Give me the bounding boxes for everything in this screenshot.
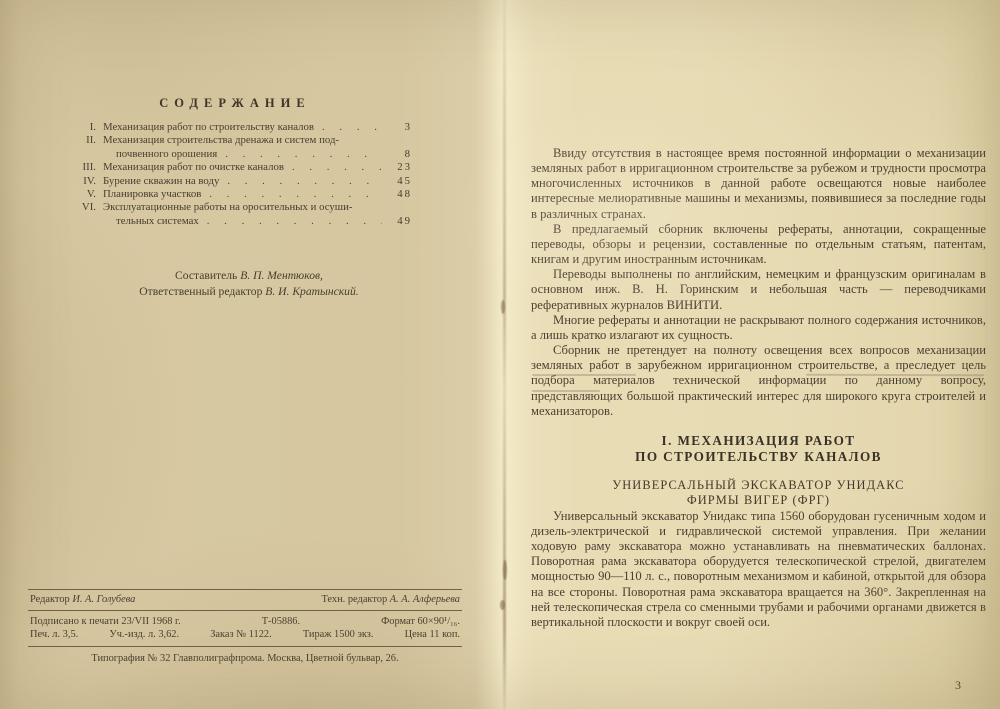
imprint-printed-sheets: Печ. л. 3,5. <box>30 628 78 641</box>
toc-page-number: 45 <box>382 175 412 188</box>
intro-paragraph: Переводы выполнены по английским, немецк… <box>531 267 986 312</box>
intro-paragraph: В предлагаемый сборник включены рефераты… <box>531 222 986 267</box>
section-heading-line1: I. МЕХАНИЗАЦИЯ РАБОТ <box>531 433 986 450</box>
imprint-code: Т-05886. <box>262 615 300 628</box>
responsible-editor-label: Ответственный редактор <box>139 285 262 298</box>
toc-dot-leader: . . . . . . . . . . . . . . . . . . . . … <box>284 161 382 174</box>
imprint-editors-row: Редактор И. А. Голубева Техн. редактор А… <box>28 590 462 610</box>
intro-paragraph: Ввиду отсутствия в настоящее время посто… <box>531 146 986 222</box>
crease-speck <box>500 600 505 610</box>
page-number: 3 <box>938 678 978 693</box>
imprint-price: Цена 11 коп. <box>405 628 460 641</box>
toc-page-number: 8 <box>382 148 412 161</box>
table-of-contents: I. Механизация работ по строительству ка… <box>58 121 412 228</box>
imprint-typography-line: Типография № 32 Главполиграфпрома. Москв… <box>28 647 462 665</box>
imprint-editor: Редактор И. А. Голубева <box>30 594 135 605</box>
toc-dot-leader: . . . . . . . . . . . . . . . . . . . . … <box>217 148 382 161</box>
toc-item-title: тельных системах <box>103 215 199 228</box>
imprint-circulation: Тираж 1500 экз. <box>303 628 374 641</box>
imprint-tech-editor-label: Техн. редактор <box>321 594 387 605</box>
intro-paragraph: Сборник не претендует на полноту освещен… <box>531 343 986 419</box>
article-paragraph: Универсальный экскаватор Унидакс типа 15… <box>531 509 986 630</box>
toc-item-number: III. <box>58 161 103 174</box>
imprint-order-number: Заказ № 1122. <box>210 628 272 641</box>
toc-row: II. Механизация строительства дренажа и … <box>58 134 412 147</box>
toc-page-number: 48 <box>382 188 412 201</box>
compiler-label: Составитель <box>175 269 237 282</box>
toc-row-continuation: почвенного орошения . . . . . . . . . . … <box>58 148 412 161</box>
imprint-format: Формат 60×90¹/₁₆. <box>381 615 460 628</box>
toc-item-title: Механизация работ по строительству канал… <box>103 121 314 134</box>
toc-item-title: Эксплуатационные работы на оросительных … <box>103 201 352 214</box>
toc-item-number: V. <box>58 188 103 201</box>
compiler-name: В. П. Ментюков, <box>240 269 323 282</box>
section-subheading-line2: ФИРМЫ ВИГЕР (ФРГ) <box>531 493 986 509</box>
toc-page-number: 23 <box>382 161 412 174</box>
responsible-editor-name: В. И. Кратынский. <box>265 285 358 298</box>
crease-speck <box>501 300 505 314</box>
toc-item-title: Механизация работ по очистке каналов <box>103 161 284 174</box>
imprint-accounting-sheets: Уч.-изд. л. 3,62. <box>109 628 179 641</box>
toc-title: СОДЕРЖАНИЕ <box>58 96 412 111</box>
toc-item-title: Механизация строительства дренажа и сист… <box>103 134 339 147</box>
toc-item-number: I. <box>58 121 103 134</box>
toc-page-number: 49 <box>382 215 412 228</box>
toc-dot-leader: . . . . . . . . . . . . . . . . . . . . … <box>201 188 382 201</box>
imprint-tech-editor-name: А. А. Алферьева <box>390 594 460 605</box>
imprint-editor-label: Редактор <box>30 594 70 605</box>
binding-crease <box>503 0 506 709</box>
section-heading-line2: ПО СТРОИТЕЛЬСТВУ КАНАЛОВ <box>531 449 986 466</box>
toc-item-title: Бурение скважин на воду <box>103 175 219 188</box>
toc-row-continuation: тельных системах . . . . . . . . . . . .… <box>58 215 412 228</box>
toc-row: III. Механизация работ по очистке канало… <box>58 161 412 174</box>
section-subheading-line1: УНИВЕРСАЛЬНЫЙ ЭКСКАВАТОР УНИДАКС <box>531 478 986 494</box>
toc-page-number: 3 <box>382 121 412 134</box>
toc-dot-leader: . . . . . . . . . . . . . . . . . . . . … <box>219 175 382 188</box>
toc-row: IV. Бурение скважин на воду . . . . . . … <box>58 175 412 188</box>
imprint-block: Редактор И. А. Голубева Техн. редактор А… <box>28 589 462 665</box>
imprint-tech-editor: Техн. редактор А. А. Алферьева <box>321 594 460 605</box>
toc-row: V. Планировка участков . . . . . . . . .… <box>58 188 412 201</box>
toc-dot-leader: . . . . . . . . . . . . . . . . . . . . … <box>199 215 382 228</box>
toc-item-number: IV. <box>58 175 103 188</box>
toc-item-title: почвенного орошения <box>103 148 217 161</box>
toc-row: I. Механизация работ по строительству ка… <box>58 121 412 134</box>
imprint-editor-name: И. А. Голубева <box>72 594 135 605</box>
section-heading: I. МЕХАНИЗАЦИЯ РАБОТ ПО СТРОИТЕЛЬСТВУ КА… <box>531 433 986 466</box>
toc-item-number: VI. <box>58 201 103 214</box>
responsible-editor-line: Ответственный редактор В. И. Кратынский. <box>0 284 498 300</box>
imprint-print-info-row-1: Подписано к печати 23/VII 1968 г. Т-0588… <box>28 611 462 628</box>
imprint-signed-to-print: Подписано к печати 23/VII 1968 г. <box>30 615 181 628</box>
toc-row: VI. Эксплуатационные работы на ороситель… <box>58 201 412 214</box>
imprint-print-info-row-2: Печ. л. 3,5. Уч.-изд. л. 3,62. Заказ № 1… <box>28 628 462 646</box>
right-page-text-column: Ввиду отсутствия в настоящее время посто… <box>531 146 986 630</box>
intro-paragraph: Многие рефераты и аннотации не раскрываю… <box>531 313 986 343</box>
section-subheading: УНИВЕРСАЛЬНЫЙ ЭКСКАВАТОР УНИДАКС ФИРМЫ В… <box>531 478 986 509</box>
compiler-line: Составитель В. П. Ментюков, <box>0 268 498 284</box>
toc-dot-leader: . . . . . . . . . . . . . . . . . . . . … <box>314 121 382 134</box>
toc-item-title: Планировка участков <box>103 188 201 201</box>
credits-block: Составитель В. П. Ментюков, Ответственны… <box>0 268 498 299</box>
crease-speck <box>503 560 507 580</box>
book-spread: СОДЕРЖАНИЕ I. Механизация работ по строи… <box>0 0 1000 709</box>
toc-item-number: II. <box>58 134 103 147</box>
